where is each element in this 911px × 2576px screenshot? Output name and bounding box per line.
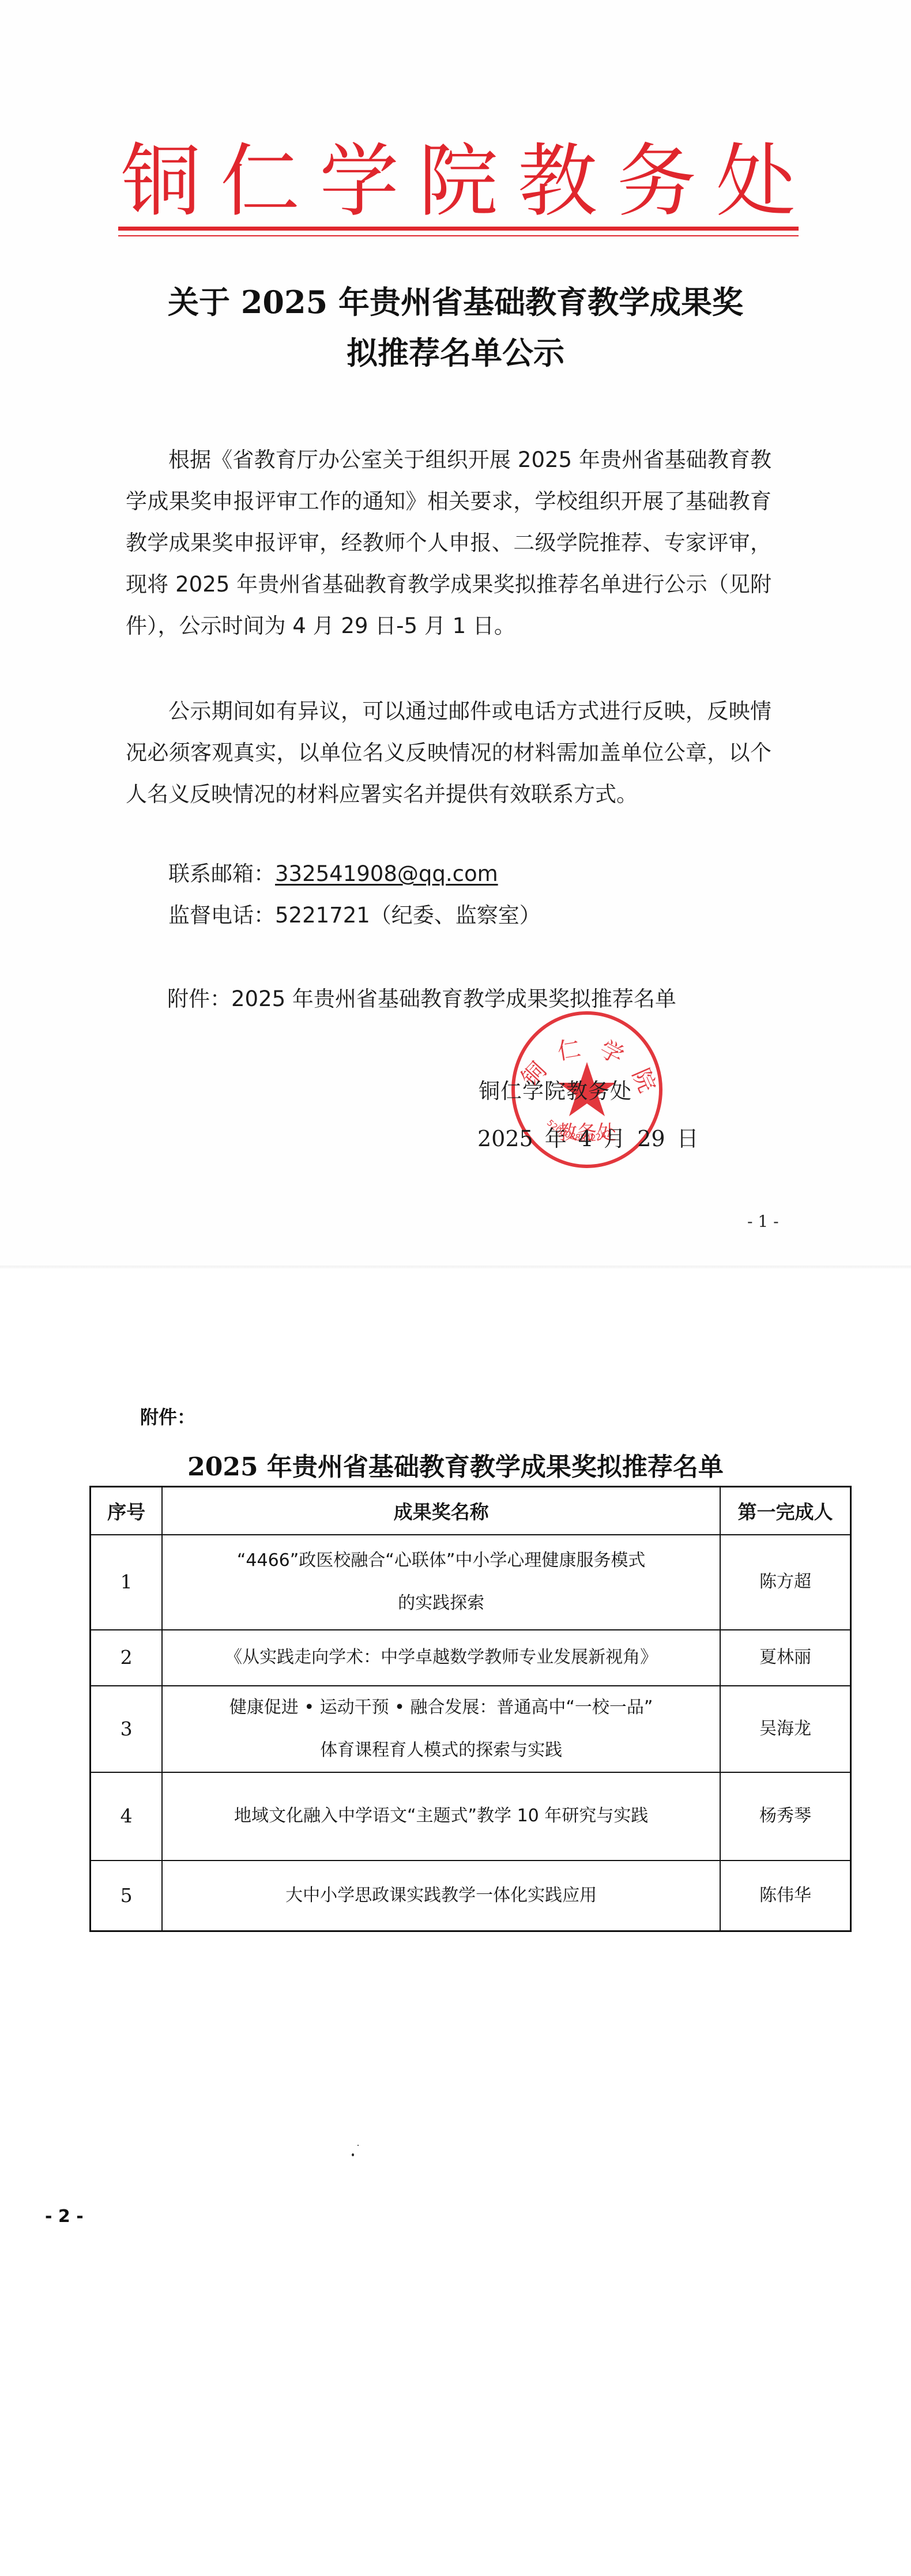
phone-value: 5221721（纪委、监察室） xyxy=(275,903,541,928)
contact-email-line: 联系邮箱：332541908@qq.com xyxy=(168,860,498,888)
letterhead-char: 务 xyxy=(617,142,697,221)
letterhead-rule-thin xyxy=(118,235,799,236)
row-first-author: 夏林丽 xyxy=(720,1630,851,1686)
table-row: 4 地域文化融入中学语文“主题式”教学 10 年研究与实践 杨秀琴 xyxy=(91,1772,851,1861)
column-header-award-name: 成果奖名称 xyxy=(162,1487,720,1535)
notice-title-line1: 关于 2025 年贵州省基础教育教学成果奖 xyxy=(0,287,911,318)
table-header-row: 序号 成果奖名称 第一完成人 xyxy=(91,1487,851,1535)
notice-paragraph-1: 根据《省教育厅办公室关于组织开展 2025 年贵州省基础教育教学成果奖申报评审工… xyxy=(126,439,771,647)
letterhead-rule-thick xyxy=(118,227,799,231)
row-first-author: 陈方超 xyxy=(720,1535,851,1630)
award-name-line: 地域文化融入中学语文“主题式”教学 10 年研究与实践 xyxy=(173,1795,709,1837)
row-index: 3 xyxy=(91,1686,163,1772)
letterhead-char: 铜 xyxy=(121,142,201,221)
table-row: 1 “4466”政医校融合“心联体”中小学心理健康服务模式 的实践探索 陈方超 xyxy=(91,1535,851,1630)
row-award-name: 《从实践走向学术：中学卓越数学教师专业发展新视角》 xyxy=(162,1630,720,1686)
table-row: 2 《从实践走向学术：中学卓越数学教师专业发展新视角》 夏林丽 xyxy=(91,1630,851,1686)
notice-title-line2: 拟推荐名单公示 xyxy=(0,337,911,368)
attachment-label: 附件： xyxy=(140,1403,195,1429)
row-index: 2 xyxy=(91,1630,163,1686)
row-award-name: 大中小学思政课实践教学一体化实践应用 xyxy=(162,1861,720,1931)
letterhead-char: 仁 xyxy=(220,142,300,221)
table-row: 3 健康促进 • 运动干预 • 融合发展：普通高中“一校一品” 体育课程育人模式… xyxy=(91,1686,851,1772)
scan-speck xyxy=(352,2153,354,2156)
scan-speck xyxy=(357,2145,359,2146)
signature-org: 铜仁学院教务处 xyxy=(479,1074,632,1105)
phone-label: 监督电话： xyxy=(168,903,275,928)
row-award-name: 健康促进 • 运动干预 • 融合发展：普通高中“一校一品” 体育课程育人模式的探… xyxy=(162,1686,720,1772)
award-name-line: 健康促进 • 运动干预 • 融合发展：普通高中“一校一品” xyxy=(173,1686,709,1729)
award-name-line: 《从实践走向学术：中学卓越数学教师专业发展新视角》 xyxy=(173,1636,709,1679)
letterhead-char: 院 xyxy=(419,142,498,221)
row-first-author: 陈伟华 xyxy=(720,1861,851,1931)
row-index: 1 xyxy=(91,1535,163,1630)
row-award-name: “4466”政医校融合“心联体”中小学心理健康服务模式 的实践探索 xyxy=(162,1535,720,1630)
email-label: 联系邮箱： xyxy=(168,861,275,886)
award-name-line: 的实践探索 xyxy=(173,1582,709,1625)
row-index: 5 xyxy=(91,1861,163,1931)
letterhead-char: 教 xyxy=(518,142,597,221)
letterhead-char: 学 xyxy=(319,142,399,221)
notice-paragraph-2: 公示期间如有异议，可以通过邮件或电话方式进行反映，反映情况必须客观真实，以单位名… xyxy=(126,691,771,815)
page-number: - 1 - xyxy=(747,1212,779,1231)
award-name-line: 体育课程育人模式的探索与实践 xyxy=(173,1729,709,1772)
row-index: 4 xyxy=(91,1772,163,1861)
award-name-line: “4466”政医校融合“心联体”中小学心理健康服务模式 xyxy=(173,1539,709,1582)
attachment-table-title: 2025 年贵州省基础教育教学成果奖拟推荐名单 xyxy=(0,1446,911,1483)
column-header-first-author: 第一完成人 xyxy=(720,1487,851,1535)
row-first-author: 杨秀琴 xyxy=(720,1772,851,1861)
column-header-index: 序号 xyxy=(91,1487,163,1535)
recommendation-table: 序号 成果奖名称 第一完成人 1 “4466”政医校融合“心联体”中小学心理健康… xyxy=(89,1486,852,1932)
letterhead: 铜 仁 学 院 教 务 处 xyxy=(115,138,801,225)
row-award-name: 地域文化融入中学语文“主题式”教学 10 年研究与实践 xyxy=(162,1772,720,1861)
letterhead-char: 处 xyxy=(716,142,796,221)
page-number: - 2 - xyxy=(45,2206,84,2227)
award-name-line: 大中小学思政课实践教学一体化实践应用 xyxy=(173,1874,709,1917)
table-row: 5 大中小学思政课实践教学一体化实践应用 陈伟华 xyxy=(91,1861,851,1931)
email-link[interactable]: 332541908@qq.com xyxy=(275,861,498,886)
supervision-phone-line: 监督电话：5221721（纪委、监察室） xyxy=(168,901,541,930)
row-first-author: 吴海龙 xyxy=(720,1686,851,1772)
signature-date: 2025 年 4 月 29 日 xyxy=(477,1121,699,1153)
page-1: 铜 仁 学 院 教 务 处 关于 2025 年贵州省基础教育教学成果奖 拟推荐名… xyxy=(0,0,911,1268)
